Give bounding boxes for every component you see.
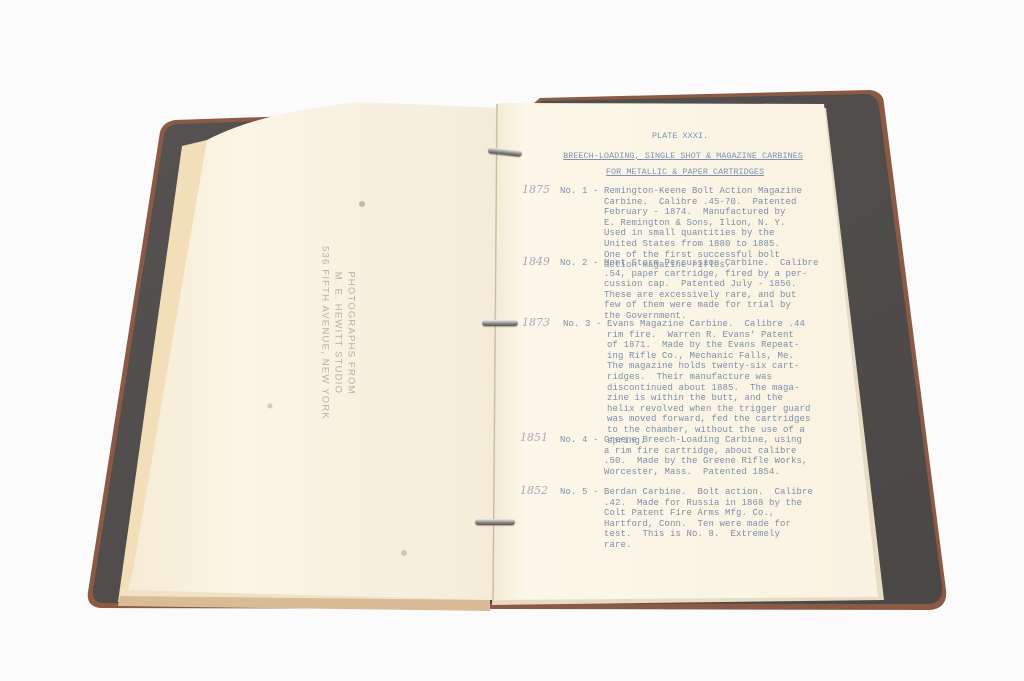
page-subtitle: FOR METALLIC & PAPER CARTRIDGES xyxy=(560,167,810,177)
pencil-year: 1873 xyxy=(522,316,550,329)
stamp-line-2: M. E. HEWITT STUDIO xyxy=(332,246,345,420)
page-title: BREECH-LOADING, SINGLE SHOT & MAGAZINE C… xyxy=(548,151,818,161)
stamp-line-1: PHOTOGRAPHS FROM xyxy=(345,246,358,420)
photo-scene: PHOTOGRAPHS FROM M. E. HEWITT STUDIO 536… xyxy=(0,0,1024,681)
binder-ring-bottom xyxy=(475,519,515,525)
entry-text: No. 2 - Mont Storm Percussion Carbine. C… xyxy=(560,258,819,322)
pencil-year: 1851 xyxy=(520,431,548,444)
pencil-year: 1852 xyxy=(520,484,548,497)
binder-illustration xyxy=(0,0,1024,681)
studio-stamp: PHOTOGRAPHS FROM M. E. HEWITT STUDIO 536… xyxy=(319,246,358,420)
entry-text: No. 5 - Berdan Carbine. Bolt action. Cal… xyxy=(560,487,813,551)
pencil-year: 1849 xyxy=(522,255,550,268)
pencil-year: 1875 xyxy=(522,183,550,196)
entry-text: No. 3 - Evans Magazine Carbine. Calibre … xyxy=(563,319,811,446)
entry-text: No. 4 - Greene Breech-Loading Carbine, u… xyxy=(560,435,808,477)
stamp-line-3: 536 FIFTH AVENUE, NEW YORK xyxy=(319,246,332,420)
plate-number: PLATE XXXI. xyxy=(560,131,800,141)
binder-ring-middle xyxy=(482,320,518,326)
